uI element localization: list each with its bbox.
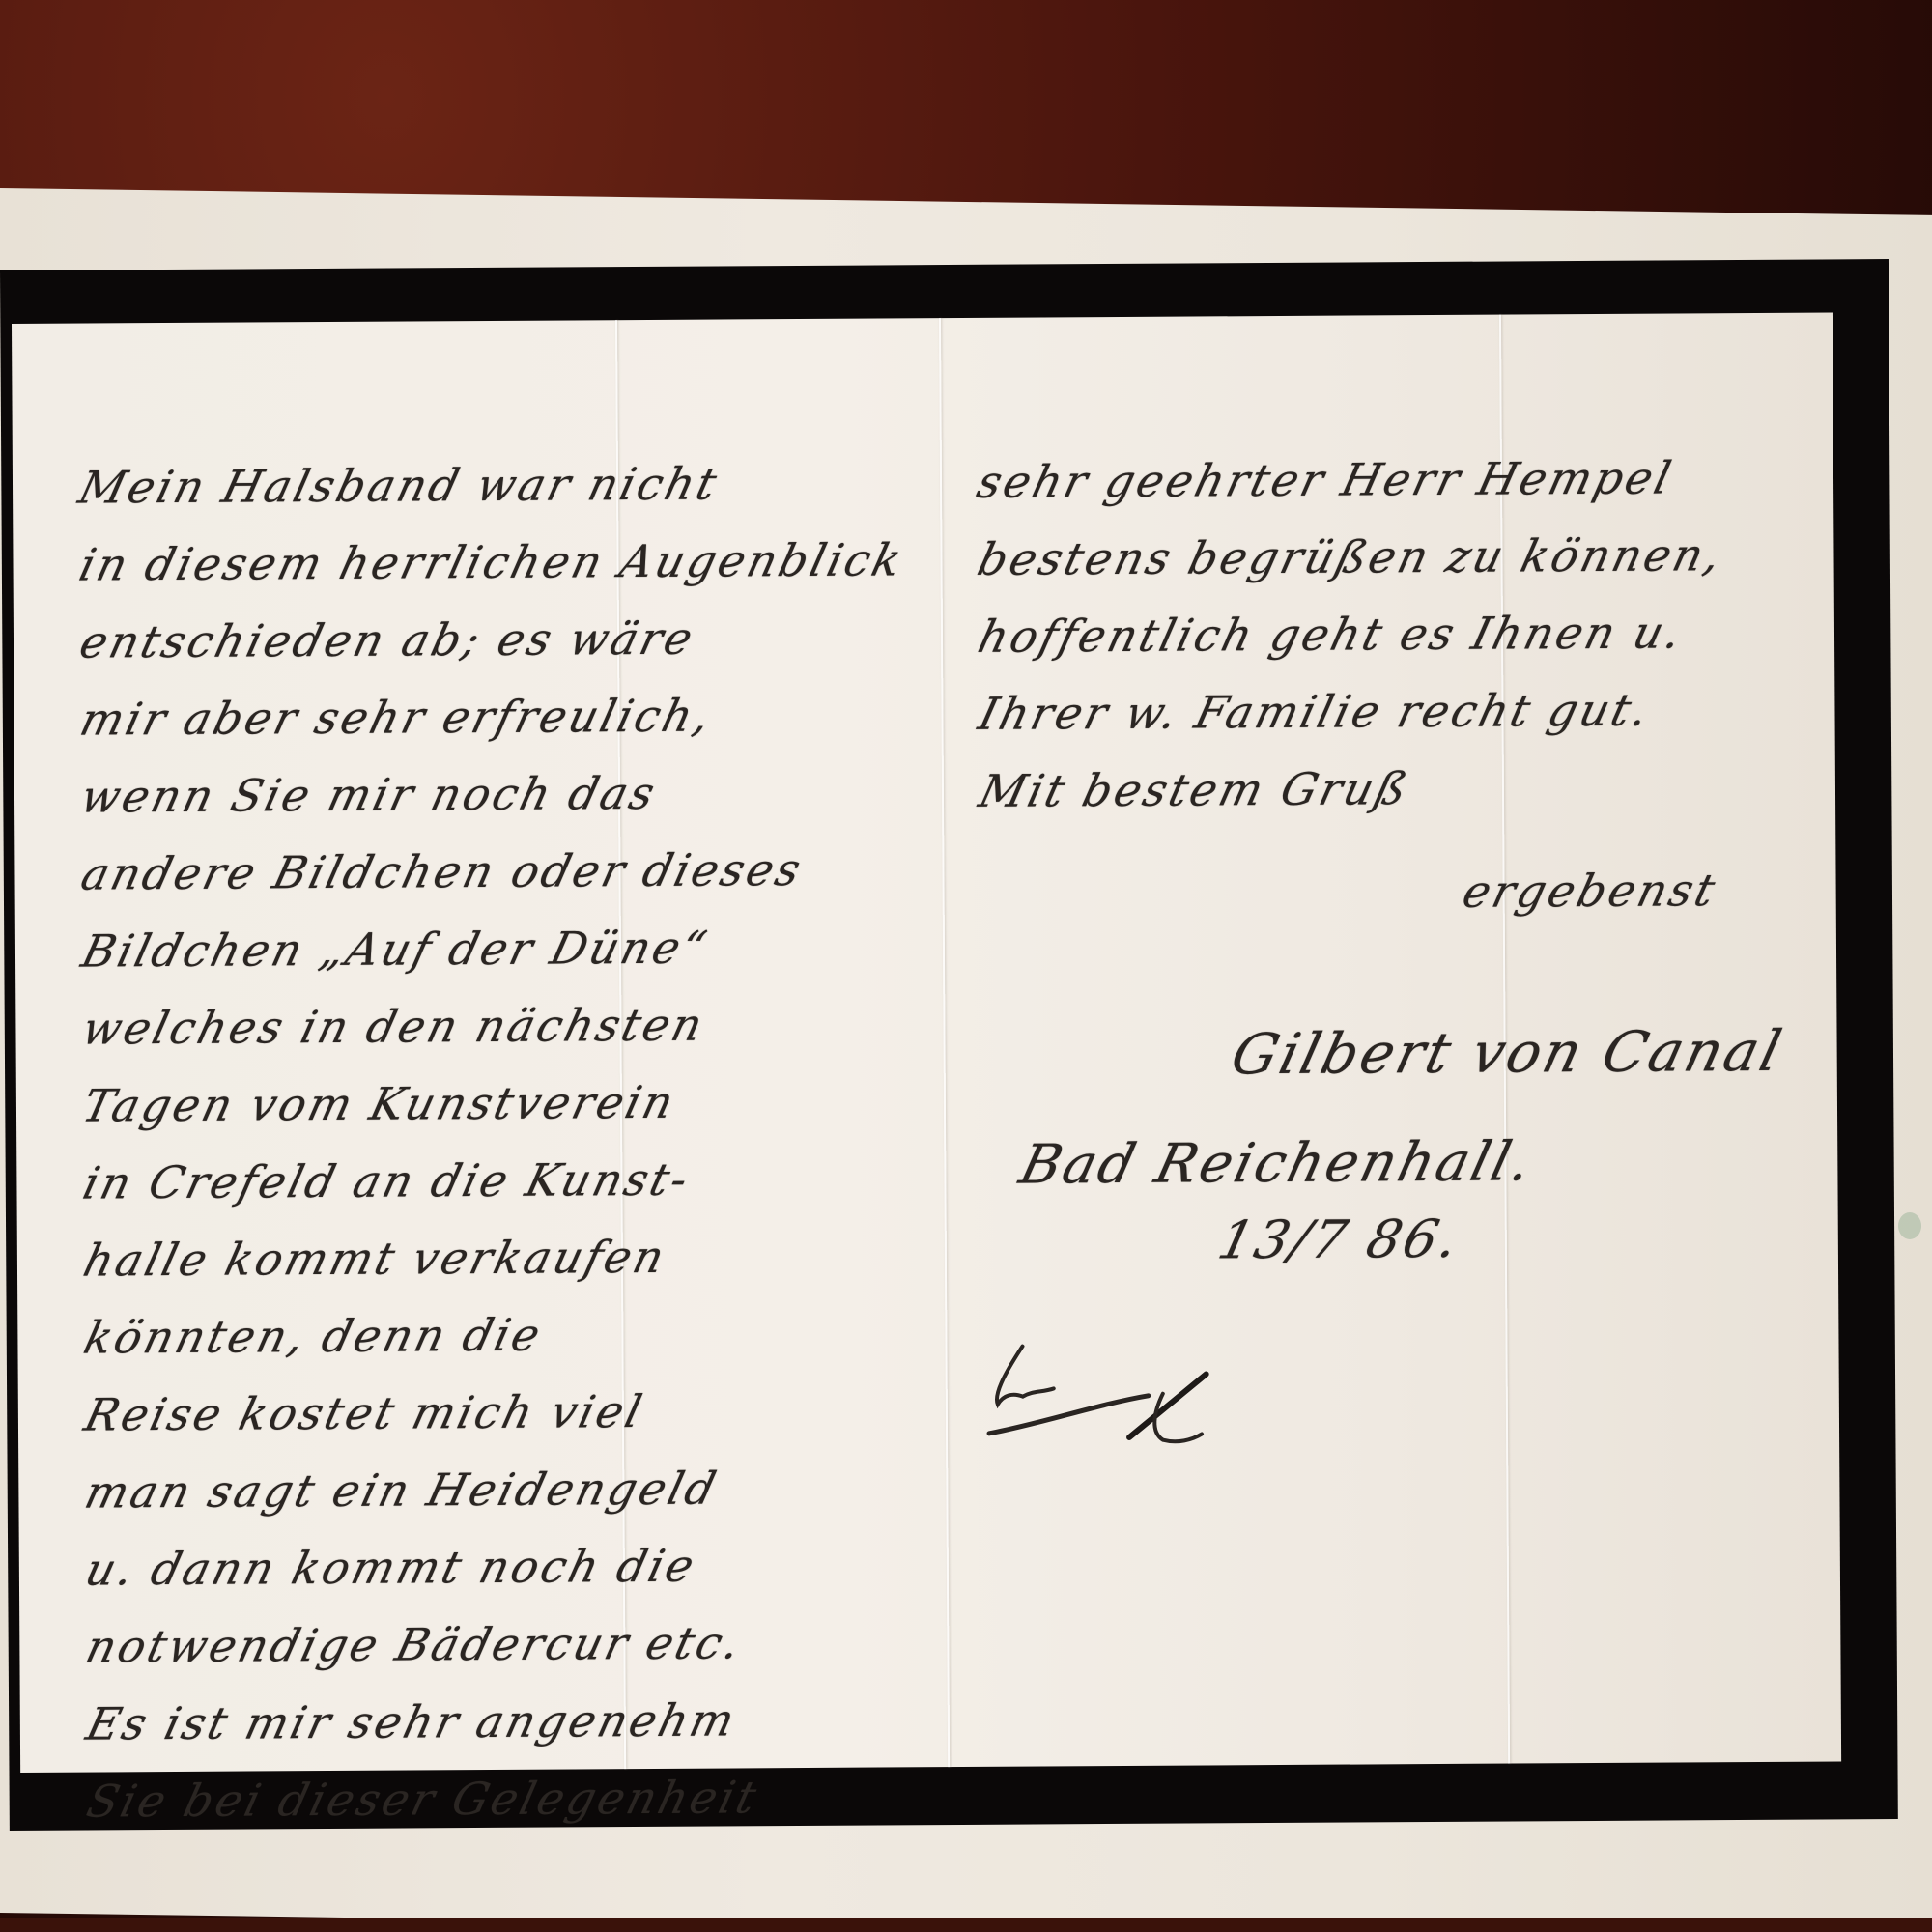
text-line: Mein Halsband war nicht xyxy=(71,443,939,526)
text-line: Ihrer w. Familie recht gut. xyxy=(971,670,1820,753)
date-line: 13/7 86. xyxy=(1212,1208,1467,1271)
text-line: sehr geehrter Herr Hempel xyxy=(969,439,1818,521)
text-line: Sie bei dieser Gelegenheit xyxy=(79,1757,948,1839)
text-line: halle kommt verkaufen xyxy=(75,1216,944,1298)
signature: Gilbert von Canal xyxy=(1225,1018,1790,1088)
text-line: u. dann kommt noch die xyxy=(77,1525,946,1607)
text-line: bestens begrüßen zu können, xyxy=(970,516,1819,598)
left-column-text: Mein Halsband war nicht in diesem herrli… xyxy=(80,443,939,1839)
fold-crease-center xyxy=(939,318,950,1767)
text-line: Tagen vom Kunstverein xyxy=(74,1062,943,1144)
place-line: Bad Reichenhall. xyxy=(1013,1130,1540,1196)
text-line: man sagt ein Heidengeld xyxy=(77,1448,946,1530)
text-line: in Crefeld an die Kunst- xyxy=(75,1139,944,1221)
text-line: Bildchen „Auf der Düne“ xyxy=(73,907,942,989)
green-ink-spot xyxy=(1898,1212,1921,1239)
text-line: welches in den nächsten xyxy=(74,984,943,1066)
flourish-mark-icon xyxy=(983,1335,1274,1453)
text-line: Mit bestem Gruß xyxy=(971,748,1820,830)
text-line: Es ist mir sehr angenehm xyxy=(78,1680,947,1762)
text-line: Reise kostet mich viel xyxy=(76,1371,945,1453)
letter-page: Mein Halsband war nicht in diesem herrli… xyxy=(12,312,1841,1772)
right-column-text: sehr geehrter Herr Hempel bestens begrüß… xyxy=(979,439,1811,830)
text-line: wenn Sie mir noch das xyxy=(72,753,941,835)
text-line: notwendige Bädercur etc. xyxy=(78,1603,947,1685)
table-edge-bottom xyxy=(0,1918,1932,1932)
text-line: entschieden ab; es wäre xyxy=(71,598,940,680)
text-line: in diesem herrlichen Augenblick xyxy=(71,521,940,603)
text-line: könnten, denn die xyxy=(76,1293,945,1376)
text-line: andere Bildchen oder dieses xyxy=(73,830,942,912)
text-line: hoffentlich geht es Ihnen u. xyxy=(970,593,1819,675)
valediction: ergebenst xyxy=(1458,864,1722,918)
text-line: mir aber sehr erfreulich, xyxy=(72,675,941,757)
